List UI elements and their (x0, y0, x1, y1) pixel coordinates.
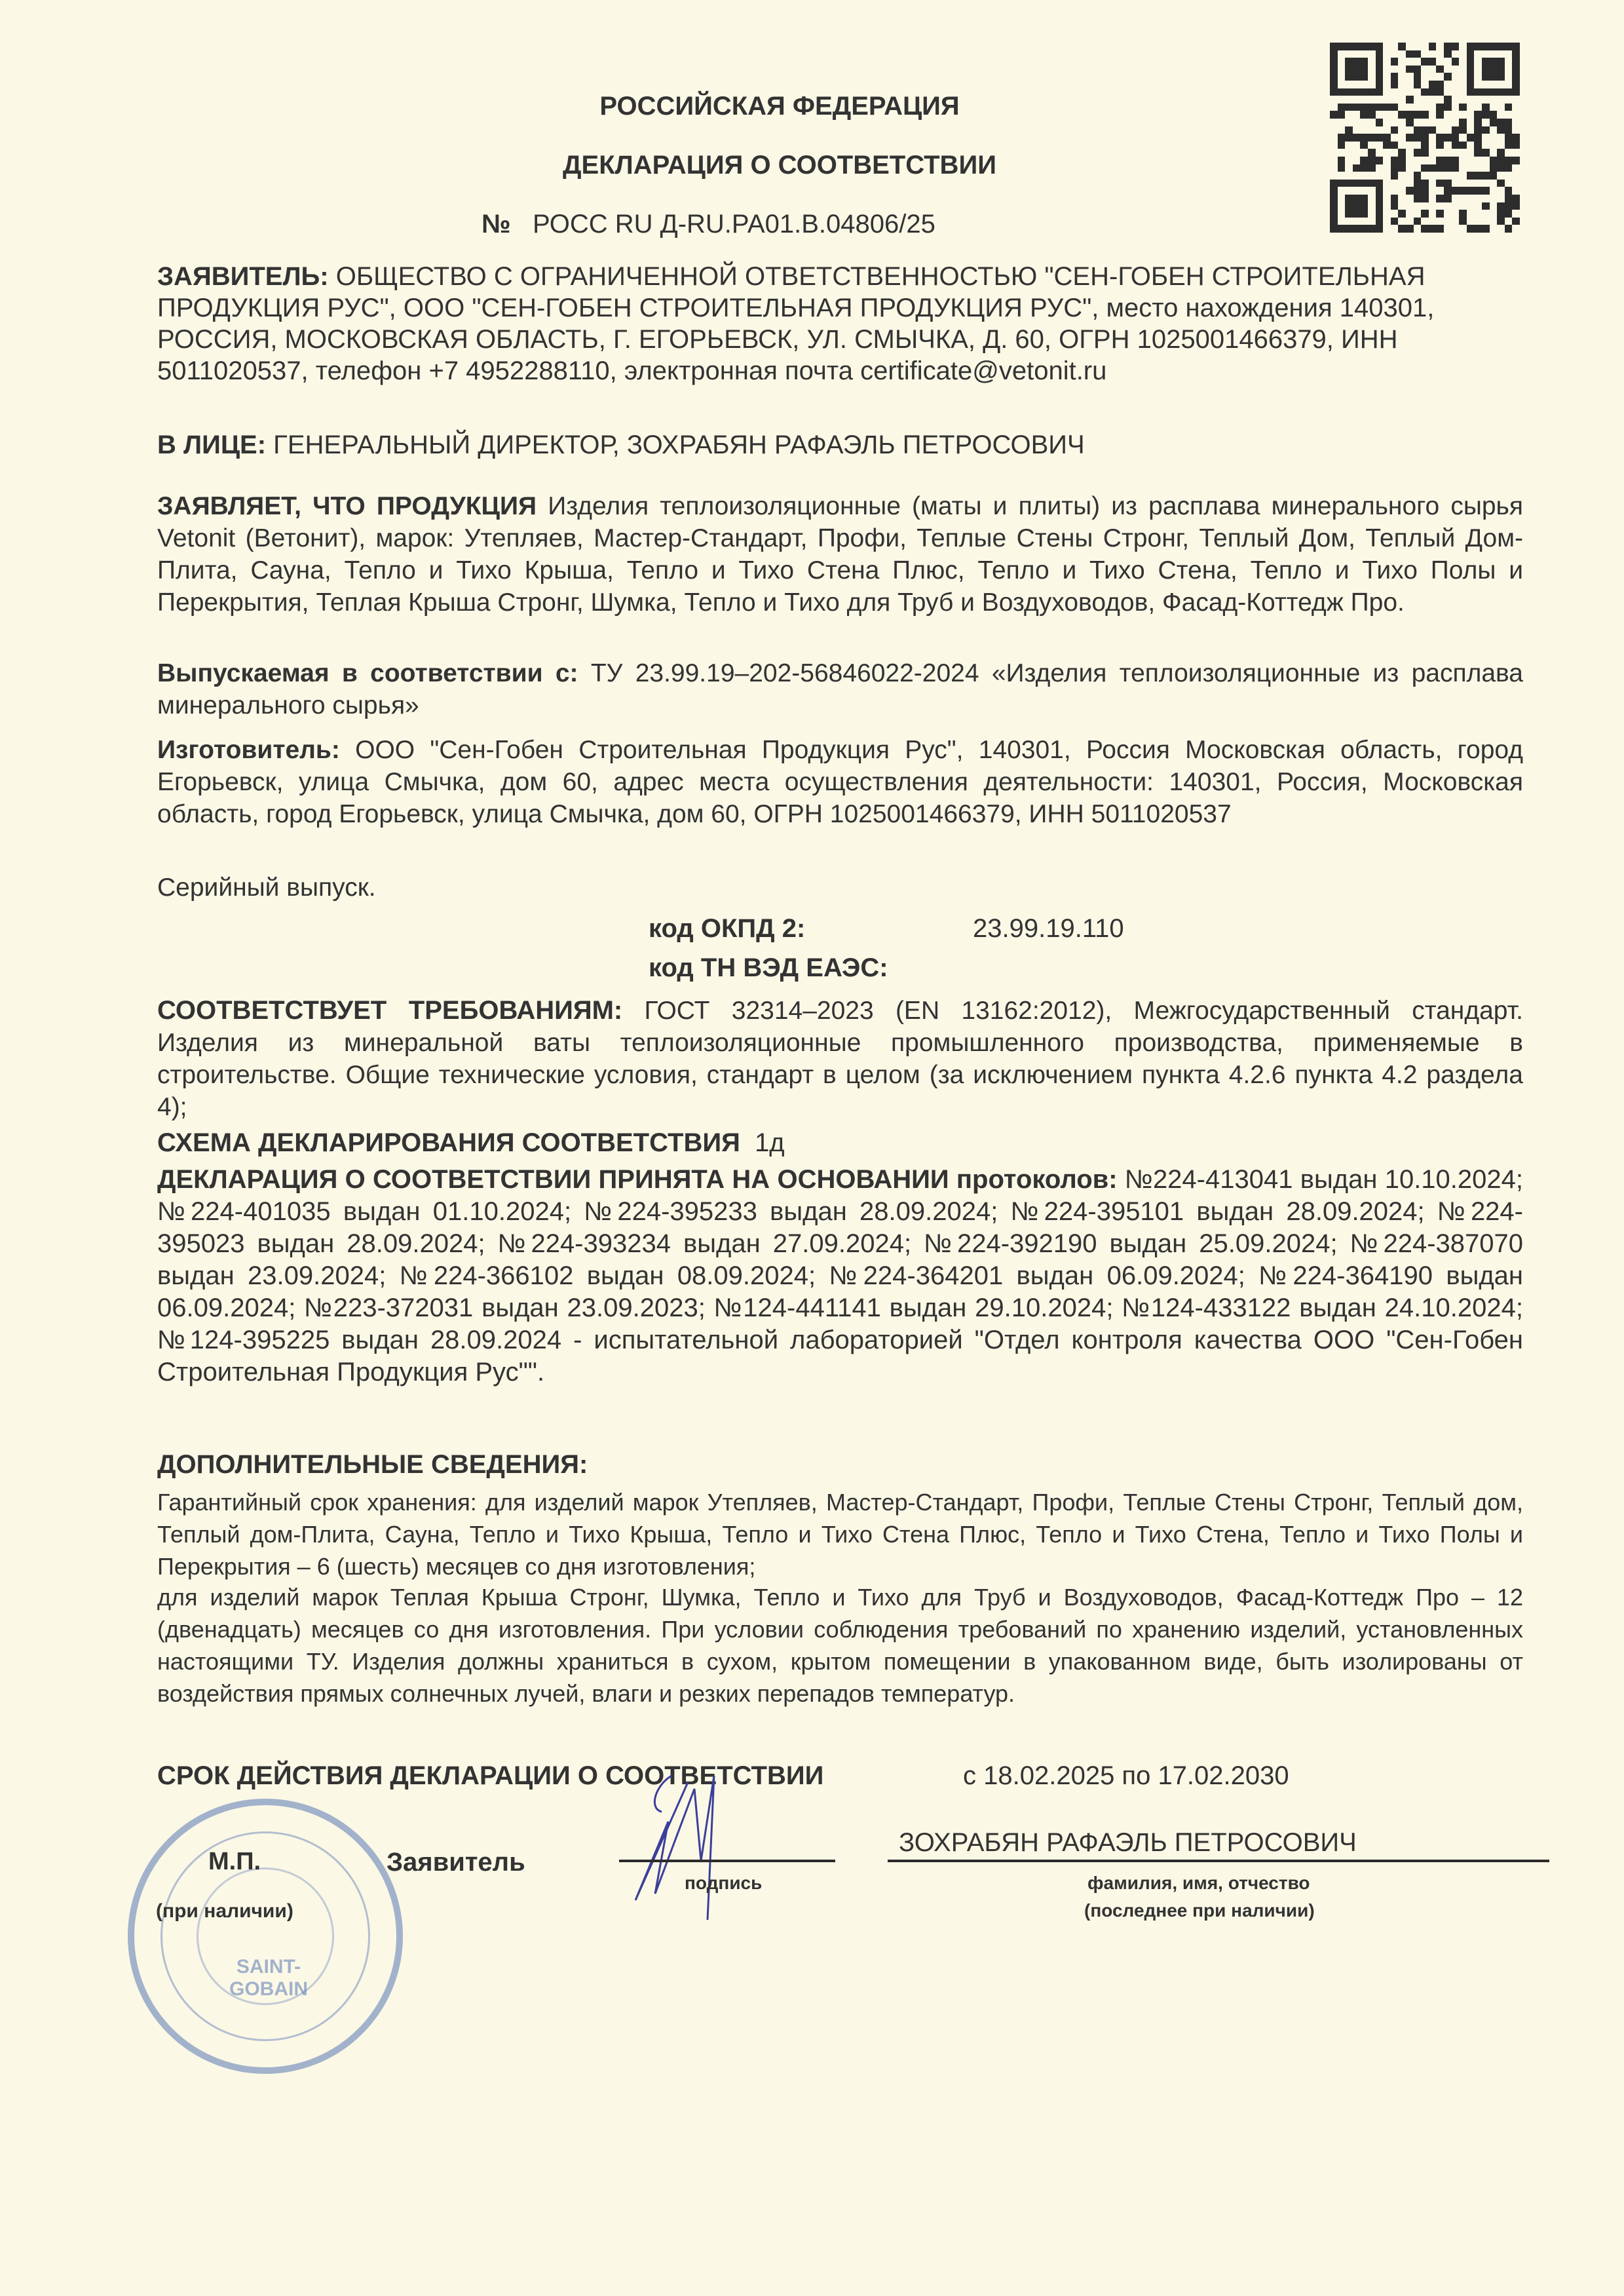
product-section: ЗАЯВЛЯЕТ, ЧТО ПРОДУКЦИЯ Изделия теплоизо… (157, 490, 1523, 619)
production-type: Серийный выпуск. (157, 871, 1523, 904)
applicant-label: ЗАЯВИТЕЛЬ: (157, 262, 329, 291)
issued-per-section: Выпускаемая в соответствии с: ТУ 23.99.1… (157, 657, 1523, 721)
tnved-label: код ТН ВЭД ЕАЭС: (649, 953, 888, 983)
manufacturer-section: Изготовитель: ООО "Сен-Гобен Строительна… (157, 734, 1523, 830)
name-caption-note: (последнее при наличии) (1084, 1900, 1315, 1921)
country-heading: РОССИЙСКАЯ ФЕДЕРАЦИЯ (524, 92, 1035, 121)
basis-sublabel: протоколов: (949, 1165, 1118, 1194)
issued-per-label: Выпускаемая в соответствии с: (157, 659, 578, 687)
manufacturer-text: ООО "Сен-Гобен Строительная Продукция Ру… (157, 736, 1523, 828)
document-title: ДЕКЛАРАЦИЯ О СООТВЕТСТВИИ (491, 151, 1068, 180)
validity-value: с 18.02.2025 по 17.02.2030 (963, 1761, 1289, 1791)
seal-label: М.П. (208, 1848, 261, 1876)
declaration-page: РОССИЙСКАЯ ФЕДЕРАЦИЯ ДЕКЛАРАЦИЯ О СООТВЕ… (0, 0, 1624, 2296)
additional-text-1: Гарантийный срок хранения: для изделий м… (157, 1486, 1523, 1582)
company-stamp: SAINT-GOBAIN (128, 1799, 403, 2074)
additional-label: ДОПОЛНИТЕЛЬНЫЕ СВЕДЕНИЯ: (157, 1450, 588, 1480)
qr-code-icon (1330, 43, 1520, 233)
applicant-sign-label: Заявитель (387, 1848, 525, 1877)
okpd-value: 23.99.19.110 (973, 914, 1124, 944)
represented-by-section: В ЛИЦЕ: ГЕНЕРАЛЬНЫЙ ДИРЕКТОР, ЗОХРАБЯН Р… (157, 429, 1523, 461)
applicant-text: ОБЩЕСТВО С ОГРАНИЧЕННОЙ ОТВЕТСТВЕННОСТЬЮ… (157, 262, 1434, 385)
scheme-label: СХЕМА ДЕКЛАРИРОВАНИЯ СООТВЕТСТВИЯ (157, 1128, 740, 1157)
okpd-label: код ОКПД 2: (649, 914, 805, 944)
requirements-section: СООТВЕТСТВУЕТ ТРЕБОВАНИЯМ: ГОСТ 32314–20… (157, 995, 1523, 1123)
signatory-name: ЗОХРАБЯН РАФАЭЛЬ ПЕТРОСОВИЧ (899, 1828, 1357, 1858)
basis-label: ДЕКЛАРАЦИЯ О СООТВЕТСТВИИ ПРИНЯТА НА ОСН… (157, 1165, 949, 1194)
product-label: ЗАЯВЛЯЕТ, ЧТО ПРОДУКЦИЯ (157, 492, 537, 520)
additional-text-2: для изделий марок Теплая Крыша Стронг, Ш… (157, 1581, 1523, 1710)
represented-by-label: В ЛИЦЕ: (157, 430, 266, 459)
represented-by-text: ГЕНЕРАЛЬНЫЙ ДИРЕКТОР, ЗОХРАБЯН РАФАЭЛЬ П… (266, 430, 1085, 459)
signature-caption: подпись (685, 1873, 762, 1894)
name-line (888, 1860, 1549, 1862)
requirements-label: СООТВЕТСТВУЕТ ТРЕБОВАНИЯМ: (157, 996, 622, 1025)
basis-section: ДЕКЛАРАЦИЯ О СООТВЕТСТВИИ ПРИНЯТА НА ОСН… (157, 1164, 1523, 1388)
name-caption: фамилия, имя, отчество (1087, 1873, 1310, 1894)
scheme-value: 1д (755, 1128, 785, 1157)
number-sign: № (482, 210, 511, 239)
signature-scribble (609, 1763, 780, 1920)
registration-number: РОСС RU Д-RU.РА01.В.04806/25 (533, 210, 935, 239)
signature-line (619, 1860, 835, 1862)
stamp-logo: SAINT-GOBAIN (213, 1956, 324, 2000)
basis-text: №224-413041 выдан 10.10.2024; №224-40103… (157, 1165, 1523, 1387)
declaration-number: № РОСС RU Д-RU.РА01.В.04806/25 (482, 210, 935, 239)
scheme-section: СХЕМА ДЕКЛАРИРОВАНИЯ СООТВЕТСТВИЯ 1д (157, 1127, 1523, 1159)
applicant-section: ЗАЯВИТЕЛЬ: ОБЩЕСТВО С ОГРАНИЧЕННОЙ ОТВЕТ… (157, 261, 1523, 387)
manufacturer-label: Изготовитель: (157, 736, 340, 764)
seal-note: (при наличии) (156, 1900, 293, 1923)
